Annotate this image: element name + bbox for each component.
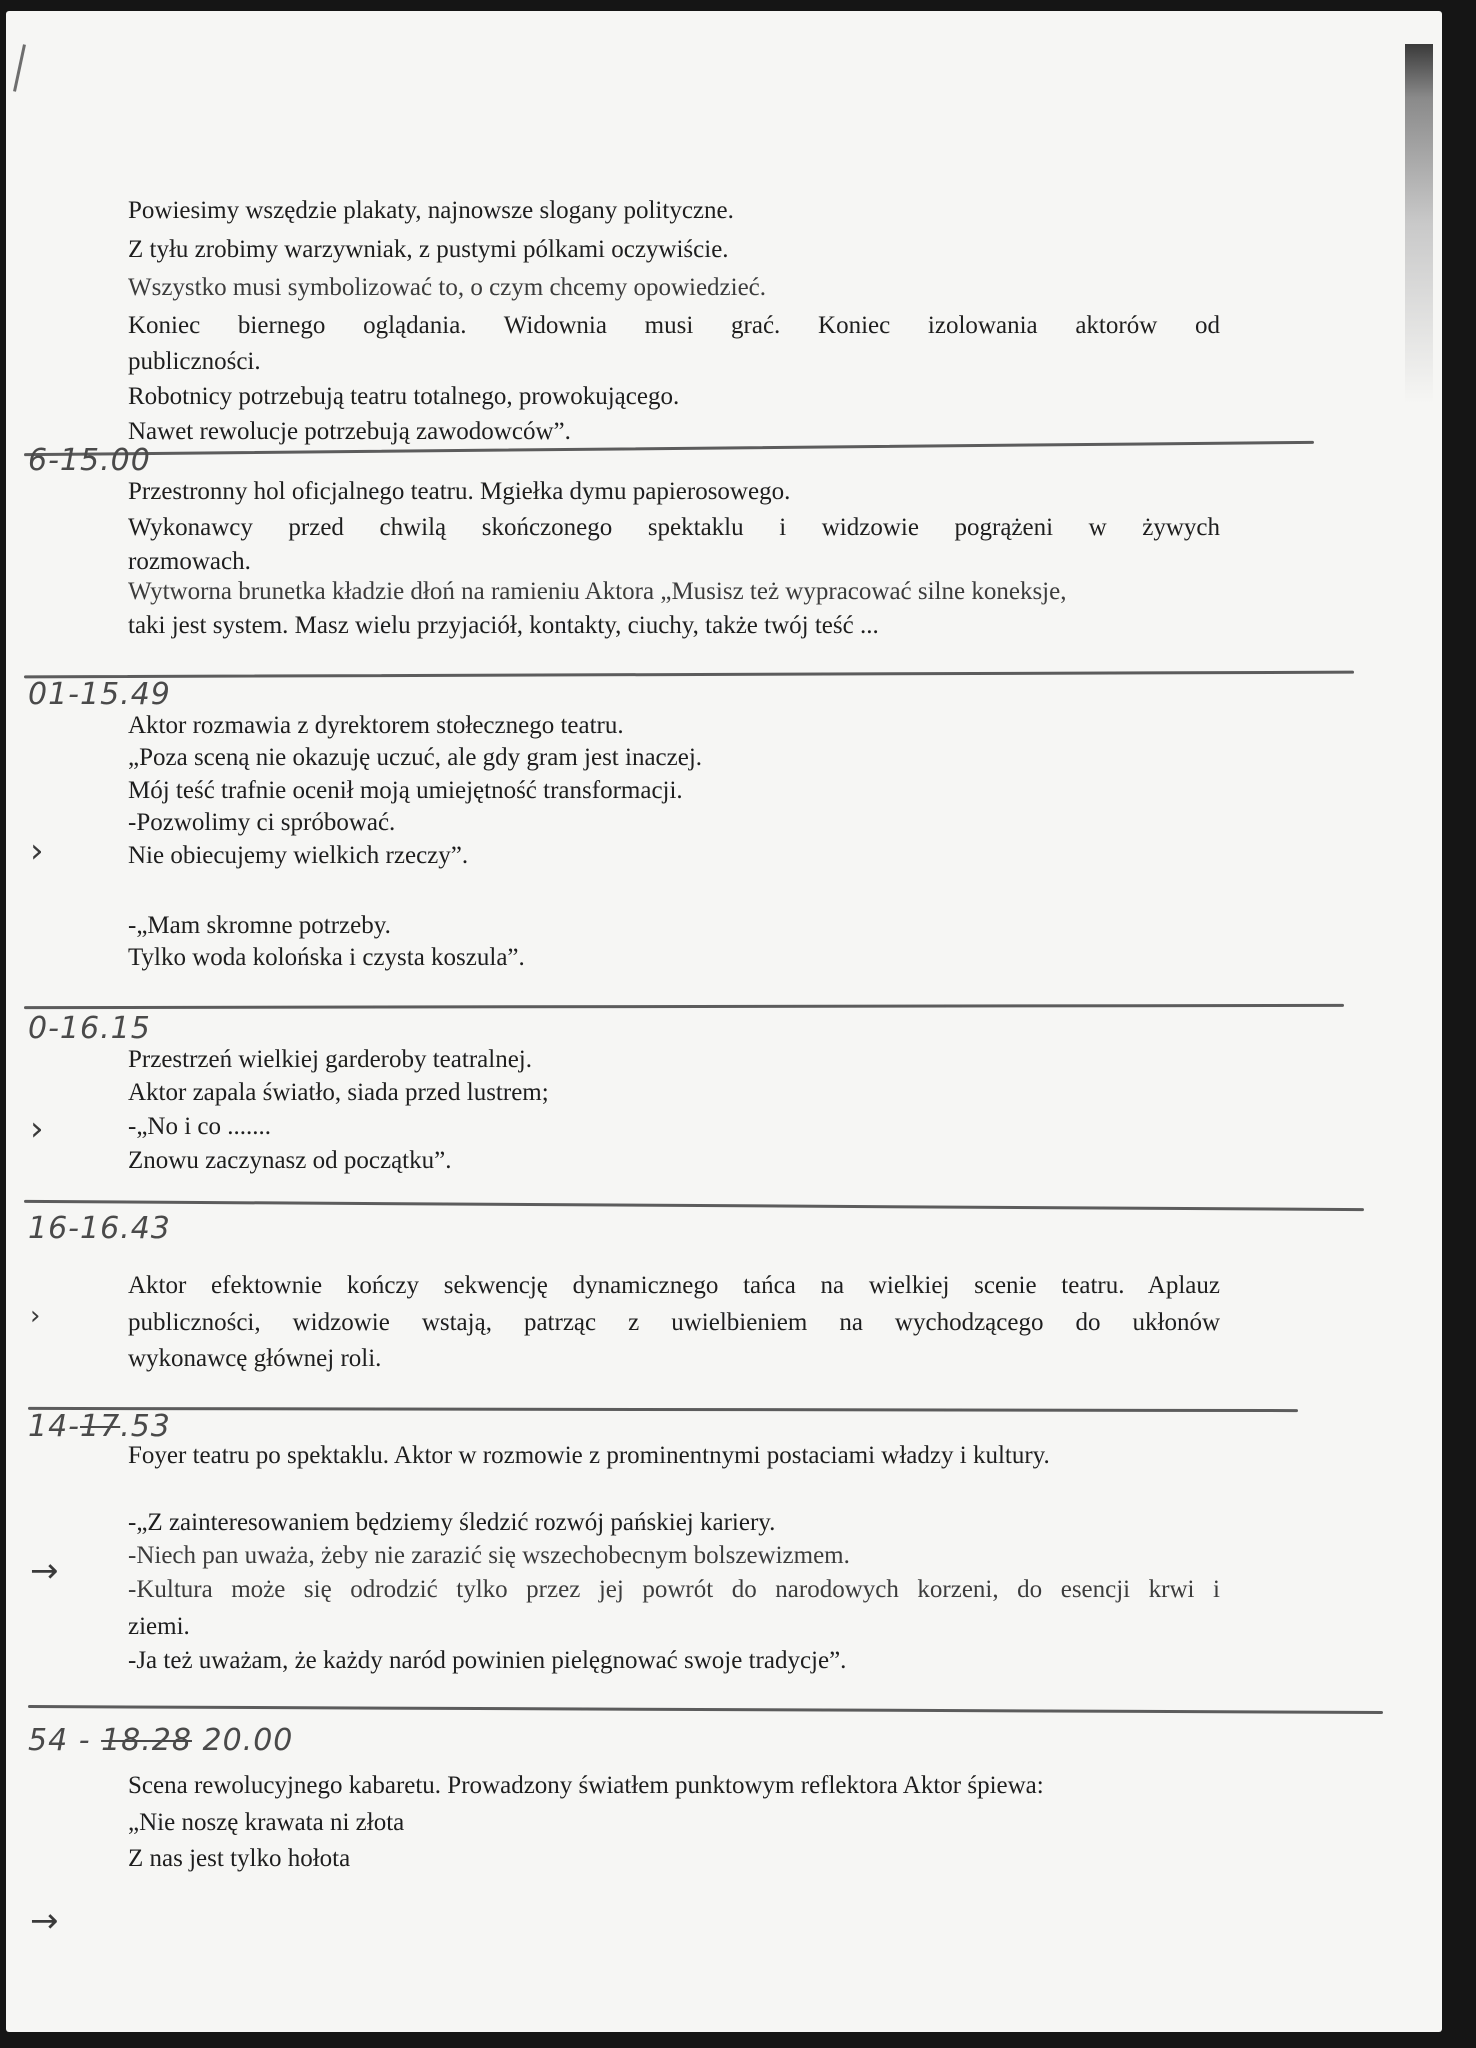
time-label-start: 14-: [28, 1409, 80, 1444]
text-line: -Pozwolimy ci spróbować.: [128, 808, 395, 838]
section-divider: [24, 1004, 1344, 1009]
margin-arrow-icon: ›: [30, 1301, 40, 1331]
text-line: -„Mam skromne potrzeby.: [128, 911, 391, 941]
time-label: 14-17.53: [28, 1409, 171, 1444]
section-divider: [24, 1200, 1364, 1211]
time-label: 0-16.15: [28, 1011, 151, 1046]
text-line: -„Z zainteresowaniem będziemy śledzić ro…: [128, 1508, 775, 1538]
text-line: Wytworna brunetka kładzie dłoń na ramien…: [128, 577, 1066, 607]
text-line: -Kultura może się odrodzić tylko przez j…: [128, 1575, 1220, 1605]
text-line: Aktor rozmawia z dyrektorem stołecznego …: [128, 711, 624, 741]
text-line: Przestronny hol oficjalnego teatru. Mgie…: [128, 477, 790, 507]
text-line: Scena rewolucyjnego kabaretu. Prowadzony…: [128, 1771, 1044, 1801]
time-label-struck: 18.28: [101, 1723, 192, 1758]
text-line: Wszystko musi symbolizować to, o czym ch…: [128, 273, 766, 303]
section-divider: [28, 1705, 1383, 1714]
pen-mark: [13, 44, 26, 92]
text-line: Z tyłu zrobimy warzywniak, z pustymi pól…: [128, 235, 729, 265]
time-label: 01-15.49: [28, 677, 171, 712]
text-line: Robotnicy potrzebują teatru totalnego, p…: [128, 382, 679, 412]
text-line: rozmowach.: [128, 547, 251, 577]
text-line: Wykonawcy przed chwilą skończonego spekt…: [128, 513, 1220, 543]
time-label-struck: 17: [80, 1409, 120, 1444]
text-line: Tylko woda kolońska i czysta koszula”.: [128, 943, 525, 973]
text-line: ziemi.: [128, 1612, 190, 1642]
margin-arrow-icon: ›: [30, 1109, 44, 1149]
section-divider: [24, 671, 1354, 679]
time-label: 16-16.43: [28, 1211, 171, 1246]
text-line: Aktor zapala światło, siada przed lustre…: [128, 1078, 549, 1108]
text-line: Koniec biernego oglądania. Widownia musi…: [128, 311, 1220, 341]
text-line: Nawet rewolucje potrzebują zawodowców”.: [128, 417, 571, 447]
text-line: publiczności, widzowie wstają, patrząc z…: [128, 1308, 1220, 1338]
text-line: Z nas jest tylko hołota: [128, 1844, 350, 1874]
text-line: Przestrzeń wielkiej garderoby teatralnej…: [128, 1045, 532, 1075]
text-line: -Ja też uważam, że każdy naród powinien …: [128, 1646, 846, 1676]
scanned-page: Powiesimy wszędzie plakaty, najnowsze sl…: [6, 11, 1442, 2032]
text-line: Nie obiecujemy wielkich rzeczy”.: [128, 841, 468, 871]
text-line: Znowu zaczynasz od początku”.: [128, 1146, 451, 1176]
margin-arrow-icon: ›: [30, 831, 44, 871]
text-line: Foyer teatru po spektaklu. Aktor w rozmo…: [128, 1441, 1050, 1471]
time-label: 54 - 18.28 20.00: [28, 1723, 293, 1758]
text-line: wykonawcę głównej roli.: [128, 1344, 381, 1374]
text-line: Aktor efektownie kończy sekwencję dynami…: [128, 1271, 1220, 1301]
text-line: taki jest system. Masz wielu przyjaciół,…: [128, 611, 879, 641]
time-label-end: 20.00: [192, 1723, 293, 1758]
time-label: 6-15.00: [28, 443, 151, 478]
text-line: „Poza sceną nie okazuję uczuć, ale gdy g…: [128, 743, 702, 773]
text-line: publiczności.: [128, 347, 261, 377]
text-line: Mój teść trafnie ocenił moją umiejętność…: [128, 776, 683, 806]
text-line: -Niech pan uważa, żeby nie zarazić się w…: [128, 1541, 850, 1571]
margin-arrow-icon: →: [30, 1901, 59, 1941]
time-label-end: .53: [120, 1409, 171, 1444]
time-label-start: 54 -: [28, 1723, 101, 1758]
text-line: „Nie noszę krawata ni złota: [128, 1808, 404, 1838]
section-divider: [28, 1407, 1298, 1412]
text-line: Powiesimy wszędzie plakaty, najnowsze sl…: [128, 196, 734, 226]
scanner-artifact: [1405, 44, 1433, 404]
margin-arrow-icon: →: [30, 1551, 59, 1591]
text-line: -„No i co .......: [128, 1112, 271, 1142]
